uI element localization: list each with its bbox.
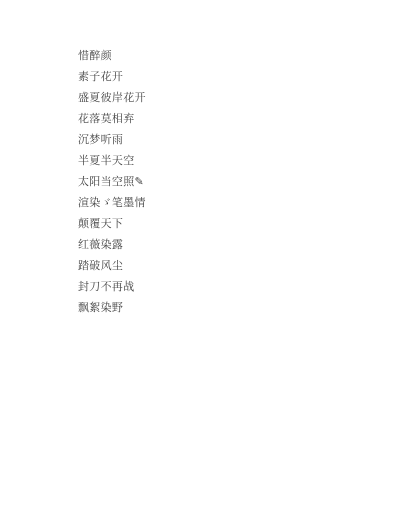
- list-item: 盛夏彼岸花开: [78, 88, 146, 109]
- list-item: 渲染ゞ笔墨情: [78, 193, 146, 214]
- nickname-list: 惜醉颜 素子花开 盛夏彼岸花开 花落莫相弃 沉梦听雨 半夏半天空 太阳当空照✎ …: [78, 46, 146, 319]
- list-item: 太阳当空照✎: [78, 172, 146, 193]
- list-item: 半夏半天空: [78, 151, 146, 172]
- list-item: 沉梦听雨: [78, 130, 146, 151]
- list-item: 红薇染露: [78, 235, 146, 256]
- list-item: 踏破风尘: [78, 256, 146, 277]
- list-item: 飘絮染野: [78, 298, 146, 319]
- list-item: 惜醉颜: [78, 46, 146, 67]
- page-background: 惜醉颜 素子花开 盛夏彼岸花开 花落莫相弃 沉梦听雨 半夏半天空 太阳当空照✎ …: [0, 0, 400, 509]
- list-item: 花落莫相弃: [78, 109, 146, 130]
- list-item: 素子花开: [78, 67, 146, 88]
- list-item: 封刀不再战: [78, 277, 146, 298]
- list-item: 颠覆天下: [78, 214, 146, 235]
